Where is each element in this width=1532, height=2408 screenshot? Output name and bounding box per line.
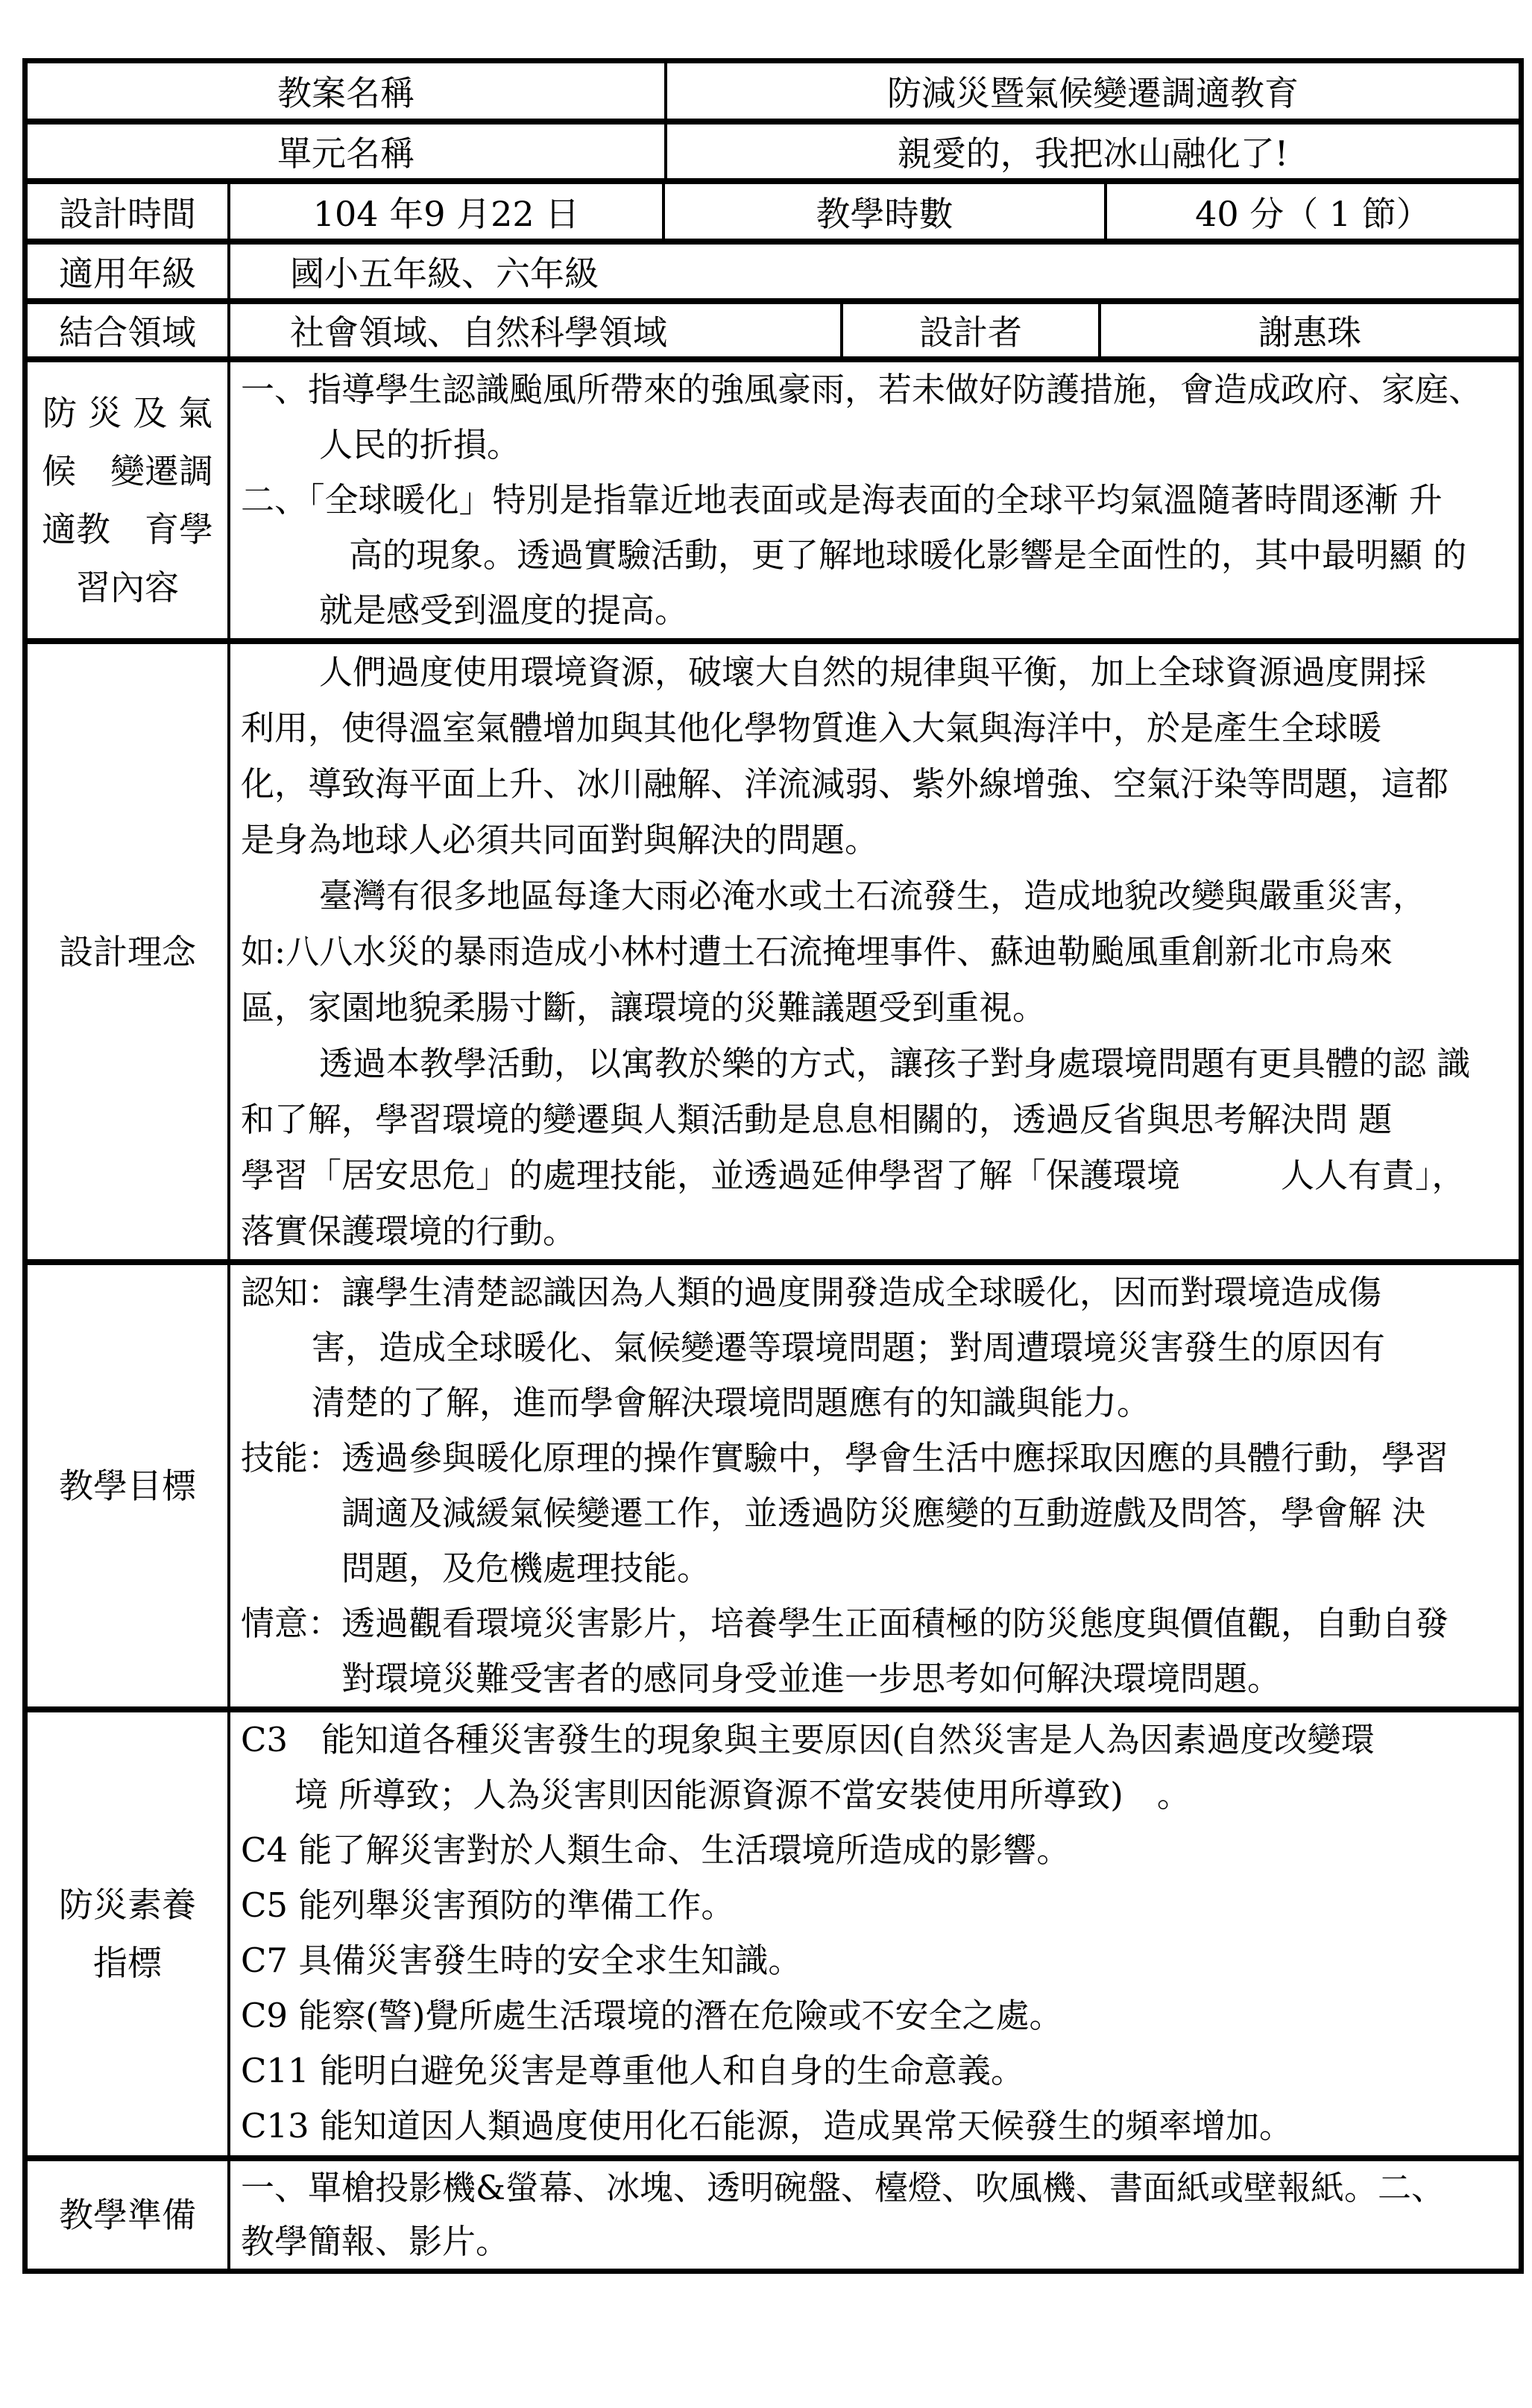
design-concept-text: 人們過度使用環境資源，破壞大自然的規律與平衡，加上全球資源過度開採 利用，使得溫… — [230, 644, 1519, 1259]
text-line: 區，家園地貌柔腸寸斷，讓環境的災難議題受到重視。 — [241, 980, 1514, 1036]
teaching-goals-label: 教學目標 — [28, 1265, 230, 1706]
label-line: 習內容 — [76, 558, 179, 617]
text-line: 對環境災難受害者的感同身受並進一步思考如何解決環境問題。 — [241, 1651, 1514, 1706]
text-line: 一、指導學生認識颱風所帶來的強風豪雨，若未做好防護措施，會造成政府、家庭、 — [241, 362, 1514, 417]
teaching-goals-text: 認知：讓學生清楚認識因為人類的過度開發造成全球暖化，因而對環境造成傷 害，造成全… — [230, 1265, 1519, 1706]
text-line: C4 能了解災害對於人類生命、生活環境所造成的影響。 — [241, 1823, 1514, 1878]
text-line: 高的現象。透過實驗活動，更了解地球暖化影響是全面性的，其中最明顯 的 — [241, 528, 1514, 583]
label-line: 指標 — [93, 1934, 162, 1992]
text-line: 如:八八水災的暴雨造成小林村遭土石流掩埋事件、蘇迪勒颱風重創新北市烏來 — [241, 924, 1514, 980]
row-domains: 結合領域 社會領域、自然科學領域 設計者 謝惠珠 — [28, 304, 1519, 362]
text-line: 人民的折損。 — [241, 417, 1514, 473]
row-learning-content: 防 災 及 氣 候 變遷調 適教 育學 習內容 一、指導學生認識颱風所帶來的強風… — [28, 362, 1519, 644]
text-line: 就是感受到溫度的提高。 — [241, 583, 1514, 638]
text-line: 學習「居安思危」的處理技能，並透過延伸學習了解「保護環境 人人有責」， — [241, 1147, 1514, 1203]
text-line: 害，造成全球暖化、氣候變遷等環境問題；對周遭環境災害發生的原因有 — [241, 1320, 1514, 1375]
text-line: 調適及減緩氣候變遷工作，並透過防災應變的互動遊戲及問答，學會解 決 — [241, 1486, 1514, 1541]
unit-name-label: 單元名稱 — [28, 125, 667, 178]
text-line: 境 所導致；人為災害則因能源資源不當安裝使用所導致) 。 — [241, 1768, 1514, 1823]
teaching-preparation-text: 一、單槍投影機&螢幕、冰塊、透明碗盤、檯燈、吹風機、書面紙或壁報紙。二、 教學簡… — [230, 2161, 1519, 2269]
text-line: 問題，及危機處理技能。 — [241, 1541, 1514, 1596]
text-line: C7 具備災害發生時的安全求生知識。 — [241, 1933, 1514, 1988]
text-line: 二、「全球暖化」特別是指靠近地表面或是海表面的全球平均氣溫隨著時間逐漸 升 — [241, 473, 1514, 528]
text-line: 清楚的了解，進而學會解決環境問題應有的知識與能力。 — [241, 1375, 1514, 1431]
row-design-time: 設計時間 104 年9 月22 日 教學時數 40 分（ 1 節） — [28, 184, 1519, 245]
text-line: 利用，使得溫室氣體增加與其他化學物質進入大氣與海洋中，於是產生全球暖 — [241, 700, 1514, 756]
text-line: 情意：透過觀看環境災害影片，培養學生正面積極的防災態度與價值觀，自動自發 — [241, 1596, 1514, 1651]
design-time-value: 104 年9 月22 日 — [230, 184, 665, 239]
row-lesson-name: 教案名稱 防減災暨氣候變遷調適教育 — [28, 63, 1519, 125]
design-time-label: 設計時間 — [28, 184, 230, 239]
teaching-hours-value: 40 分（ 1 節） — [1107, 184, 1519, 239]
label-line: 防 災 及 氣 — [42, 384, 212, 442]
label-line: 教學準備 — [59, 2186, 196, 2244]
learning-content-label: 防 災 及 氣 候 變遷調 適教 育學 習內容 — [28, 362, 230, 638]
row-design-concept: 設計理念 人們過度使用環境資源，破壞大自然的規律與平衡，加上全球資源過度開採 利… — [28, 644, 1519, 1265]
text-line: C3 能知道各種災害發生的現象與主要原因(自然災害是人為因素過度改變環 — [241, 1712, 1514, 1768]
teaching-preparation-label: 教學準備 — [28, 2161, 230, 2269]
literacy-indicators-text: C3 能知道各種災害發生的現象與主要原因(自然災害是人為因素過度改變環 境 所導… — [230, 1712, 1519, 2155]
grade-value: 國小五年級、六年級 — [230, 245, 1519, 298]
text-line: C13 能知道因人類過度使用化石能源，造成異常天候發生的頻率增加。 — [241, 2099, 1514, 2154]
text-line: C5 能列舉災害預防的準備工作。 — [241, 1878, 1514, 1933]
lesson-name-label: 教案名稱 — [28, 63, 667, 119]
literacy-indicators-label: 防災素養 指標 — [28, 1712, 230, 2155]
text-line: C11 能明白避免災害是尊重他人和自身的生命意義。 — [241, 2043, 1514, 2099]
grade-label: 適用年級 — [28, 245, 230, 298]
design-concept-label: 設計理念 — [28, 644, 230, 1259]
designer-label: 設計者 — [843, 304, 1101, 356]
row-unit-name: 單元名稱 親愛的，我把冰山融化了! — [28, 125, 1519, 184]
row-grade: 適用年級 國小五年級、六年級 — [28, 245, 1519, 304]
label-line: 教學目標 — [59, 1457, 196, 1515]
text-line: 和了解，學習環境的變遷與人類活動是息息相關的，透過反省與思考解決問 題 — [241, 1091, 1514, 1147]
row-teaching-preparation: 教學準備 一、單槍投影機&螢幕、冰塊、透明碗盤、檯燈、吹風機、書面紙或壁報紙。二… — [28, 2161, 1519, 2269]
label-line: 防災素養 — [59, 1876, 196, 1934]
lesson-name-value: 防減災暨氣候變遷調適教育 — [667, 63, 1519, 119]
text-line: 是身為地球人必須共同面對與解決的問題。 — [241, 812, 1514, 868]
learning-content-text: 一、指導學生認識颱風所帶來的強風豪雨，若未做好防護措施，會造成政府、家庭、 人民… — [230, 362, 1519, 638]
text-line: 技能：透過參與暖化原理的操作實驗中，學會生活中應採取因應的具體行動，學習 — [241, 1431, 1514, 1486]
designer-value: 謝惠珠 — [1101, 304, 1519, 356]
text-line: 人們過度使用環境資源，破壞大自然的規律與平衡，加上全球資源過度開採 — [241, 644, 1514, 700]
text-line: 臺灣有很多地區每逢大雨必淹水或土石流發生，造成地貌改變與嚴重災害， — [241, 868, 1514, 924]
row-literacy-indicators: 防災素養 指標 C3 能知道各種災害發生的現象與主要原因(自然災害是人為因素過度… — [28, 1712, 1519, 2161]
domains-value: 社會領域、自然科學領域 — [230, 304, 843, 356]
label-line: 適教 育學 — [42, 500, 213, 558]
text-line: 教學簡報、影片。 — [241, 2215, 1514, 2269]
unit-name-value: 親愛的，我把冰山融化了! — [667, 125, 1519, 178]
text-line: C9 能察(警)覺所處生活環境的潛在危險或不安全之處。 — [241, 1988, 1514, 2043]
label-line: 設計理念 — [59, 923, 196, 981]
text-line: 落實保護環境的行動。 — [241, 1203, 1514, 1259]
lesson-plan-table: 教案名稱 防減災暨氣候變遷調適教育 單元名稱 親愛的，我把冰山融化了! 設計時間… — [22, 58, 1524, 2274]
text-line: 化，導致海平面上升、冰川融解、洋流減弱、紫外線增強、空氣汙染等問題，這都 — [241, 756, 1514, 812]
text-line: 一、單槍投影機&螢幕、冰塊、透明碗盤、檯燈、吹風機、書面紙或壁報紙。二、 — [241, 2161, 1514, 2215]
label-line: 候 變遷調 — [42, 442, 213, 500]
row-teaching-goals: 教學目標 認知：讓學生清楚認識因為人類的過度開發造成全球暖化，因而對環境造成傷 … — [28, 1265, 1519, 1712]
domains-label: 結合領域 — [28, 304, 230, 356]
text-line: 認知：讓學生清楚認識因為人類的過度開發造成全球暖化，因而對環境造成傷 — [241, 1265, 1514, 1320]
text-line: 透過本教學活動，以寓教於樂的方式，讓孩子對身處環境問題有更具體的認 識 — [241, 1036, 1514, 1091]
teaching-hours-label: 教學時數 — [665, 184, 1107, 239]
